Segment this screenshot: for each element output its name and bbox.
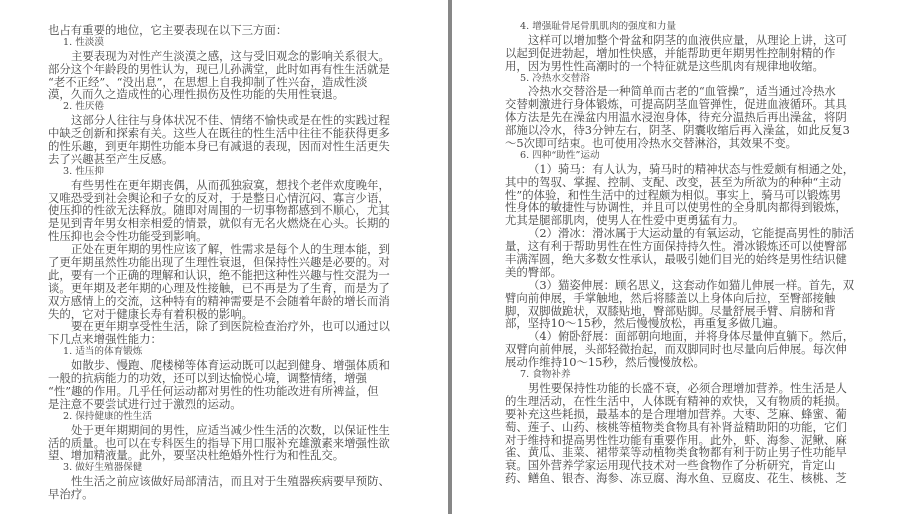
text-line: 丰满浑圆，绝大多数女性承认，最吸引她们目光的始终是男性结识健 (505, 253, 894, 266)
text-line: 谈。更年期及老年期的心理及性接触，已不再是为了生育，而是为了 (48, 282, 441, 295)
text-line: 处于更年期期间的男性，应适当减少性生活的次数，以保证性生 (48, 424, 441, 437)
text-line: 萄、莲子、山药、核桃等植物类食物具有补肾益精助阳的功能，它们 (505, 421, 894, 434)
text-line: 其中的驾驭、掌握、控制、支配、改变，甚至为所欲为的种种“主动 (505, 176, 894, 189)
section-heading: 2. 保持健康的性生活 (48, 411, 441, 424)
text-line: 此，要有一个正确的理解和认识，绝不能把这种性兴趣与性交混为一 (48, 269, 441, 282)
text-line: 美的臀部。 (505, 266, 894, 279)
text-line: “性”趣的作用。几乎任何运动都对男性的性功能改进有所裨益，但 (48, 385, 441, 398)
text-line: 展动作维持10～15秒，然后慢慢放松。 (505, 356, 894, 369)
section-heading: 4. 增强耻骨尾骨肌肌肉的强度和力量 (505, 21, 894, 34)
text-line: 药、鳝鱼、银杏、海参、冻豆腐、海水鱼、豆腐皮、花生、核桃、芝 (505, 472, 894, 485)
text-line: 漠，久而久之造成性的心理性损伤及性功能的失用性衰退。 (48, 88, 441, 101)
text-line: （1）骑马：有人认为，骑马时的精神状态与性爱颇有相通之处， (505, 163, 894, 176)
text-line: 也占有重要的地位，它主要表现在以下三方面： (48, 24, 441, 37)
text-line: 一般的抗病能力的功效，还可以到达愉悦心境，调整情绪，增强 (48, 372, 441, 385)
section-heading: 1. 性淡漠 (48, 37, 441, 50)
text-line: ～5次即可结束。也可使用冷热水交替淋浴，其效果不变。 (505, 137, 894, 150)
text-line: 性生活之前应该做好局部清洁，而且对于生殖器疾病要早预防、 (48, 475, 441, 488)
text-line: 臂向前伸展，手掌触地，然后将膝盖以上身体向后拉，至臀部接触 (505, 292, 894, 305)
text-line: 下几点来增强性能力： (48, 333, 441, 346)
text-line: 以起到促进勃起，增加性快感，并能帮助更年期男性控制射精的作 (505, 47, 894, 60)
page-left: 也占有重要的地位，它主要表现在以下三方面：1. 性淡漠主要表现为对性产生淡漠之感… (0, 0, 449, 514)
section-heading: 3. 性压抑 (48, 166, 441, 179)
text-line: （3）猫姿伸展：顾名思义，这套动作如猫儿伸展一样。首先，双 (505, 279, 894, 292)
document-viewer: 也占有重要的地位，它主要表现在以下三方面：1. 性淡漠主要表现为对性产生淡漠之感… (0, 0, 900, 514)
page-right: 4. 增强耻骨尾骨肌肌肉的强度和力量这样可以增加整个骨盆和阴茎的血液供应量，从理… (453, 0, 900, 514)
text-line: 有些男性在更年期丧偶，从而孤独寂寞，想找个老伴欢度晚年， (48, 179, 441, 192)
text-line: 主要表现为对性产生淡漠之感，这与受旧观念的影响关系很大。 (48, 50, 441, 63)
page-divider (448, 0, 452, 514)
text-line: 用，因为男性性高潮时的一个特征就是这些肌肉有规律地收缩。 (505, 60, 894, 73)
text-line: 要补充这些耗损，最基本的是合理增加营养。大枣、芝麻、蜂蜜、葡 (505, 408, 894, 421)
text-line: 的性乐趣，到更年期性功能本身已有减退的表现，因而对性生活更失 (48, 140, 441, 153)
text-line: 男性要保持性功能的长盛不衰，必须合理增加营养。性生活是人 (505, 382, 894, 395)
text-line: 去了兴趣甚至产生反感。 (48, 153, 441, 166)
text-line: 部分这个年龄段的男性认为，现已儿孙满堂，此时如再有性生活就是 (48, 63, 441, 76)
text-line: 是注意不要尝试进行过于激烈的运动。 (48, 398, 441, 411)
text-line: 的生理活动，在性生活中，人体既有精神的欢快，又有物质的耗损。 (505, 395, 894, 408)
text-line: 了更年期虽然性功能出现了生理性衰退，但保持性兴趣是必要的。对 (48, 256, 441, 269)
text-line: 早治疗。 (48, 488, 441, 501)
text-line: 望、增加精液量。此外，要坚决杜绝婚外性行为和性乱交。 (48, 449, 441, 462)
section-heading: 7. 食物补养 (505, 369, 894, 382)
text-line: 双方感情上的交流，这种特有的精神需要是不会随着年龄的增长而消 (48, 295, 441, 308)
text-line: 这样可以增加整个骨盆和阴茎的血液供应量，从理论上讲，这可 (505, 34, 894, 47)
section-heading: 6. 四种“助性”运动 (505, 150, 894, 163)
